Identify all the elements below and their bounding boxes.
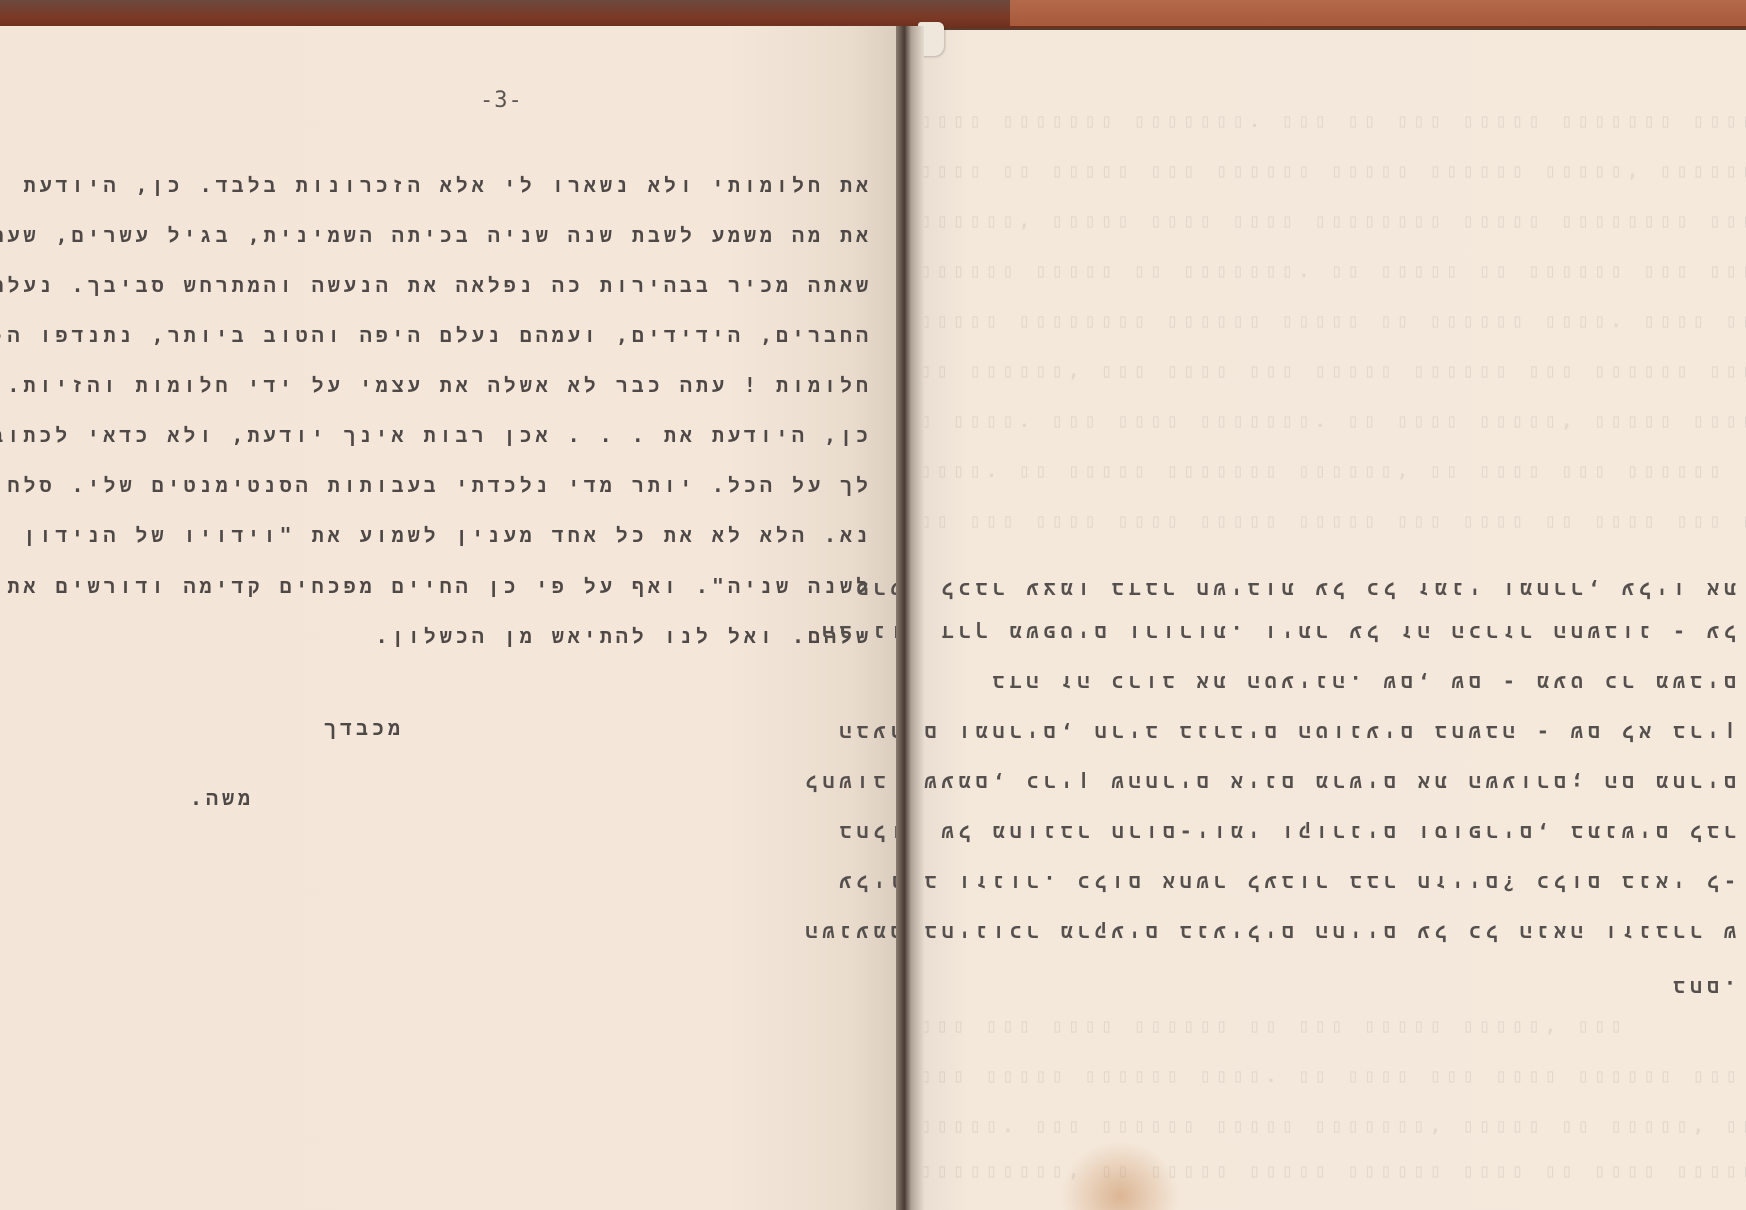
book-spine bbox=[896, 26, 924, 1210]
letter-line: את חלומותי ולא נשארו לי אלא הזכרונות בלב… bbox=[23, 173, 872, 199]
show-through-line: ▯▯▯▯▯▯, ▯▯▯▯▯ ▯▯▯▯ ▯▯▯▯ ▯▯▯▯▯▯▯▯ ▯▯▯▯▯ ▯… bbox=[920, 210, 1746, 232]
letter-line: נא. הלא לא את כל אחד מענין לשמוע את "ויד… bbox=[23, 523, 872, 549]
show-through-line: ▯▯▯ ▯▯▯ ▯▯▯▯ ▯▯▯▯▯▯ ▯▯ ▯▯▯ ▯▯▯▯▯ ▯▯▯▯▯, … bbox=[920, 1015, 1627, 1037]
letter-body: את חלומותי ולא נשארו לי אלא הזכרונות בלב… bbox=[52, 26, 872, 1210]
upside-down-line: פרק. לכבר עצמו בדבר חשיבות על כל זמני ומ… bbox=[851, 576, 1736, 602]
upside-down-line: בדה זה כרוב את הטעינה. שם, שם - מעט כר מ… bbox=[987, 669, 1736, 695]
letter-line: כן, היודעת את . . . אכן רבות אינך יודעת,… bbox=[0, 423, 872, 449]
show-through-line: ▯▯▯▯▯▯ ▯▯▯▯▯ ▯▯ ▯▯▯▯▯▯▯. ▯▯ ▯▯▯▯▯ ▯▯ ▯▯▯… bbox=[920, 260, 1746, 282]
water-stain bbox=[1060, 1140, 1180, 1210]
upside-down-line: בחם. bbox=[1668, 974, 1736, 1000]
letter-line: שאתה מכיר בבהירות כה נפלאה את הנעשה והמת… bbox=[0, 273, 872, 299]
show-through-line: ▯▯ ▯▯▯▯▯▯, ▯▯▯ ▯▯▯▯ ▯▯▯ ▯▯▯▯▯ ▯▯▯▯▯▯ ▯▯▯… bbox=[920, 360, 1746, 382]
show-through-line: ▯▯▯▯▯. ▯▯▯ ▯▯▯▯▯▯ ▯▯▯▯▯ ▯▯▯▯▯▯▯, ▯▯▯▯▯ ▯… bbox=[920, 1115, 1746, 1137]
letter-line: לשנה שניה". ואף על פי כן החיים מפכחים קד… bbox=[7, 574, 872, 600]
upside-down-line: הבינוה דרך משפטים ורורות. ויתר על זה הכר… bbox=[817, 619, 1736, 645]
show-through-line: ▯▯▯ ▯▯▯▯▯ ▯▯▯▯▯▯ ▯▯▯▯. ▯▯ ▯▯▯▯ ▯▯▯ ▯▯▯▯ … bbox=[920, 1065, 1742, 1087]
left-page: -3- את חלומותי ולא נשארו לי אלא הזכרונות… bbox=[0, 26, 905, 1210]
letter-line: שלהם. ואל לנו להתיאש מן הכשלון. bbox=[376, 624, 872, 650]
upside-down-text-block: בחם. השנעמם בחינוכר מרקעים בנעילים החיים… bbox=[918, 560, 1746, 1000]
show-through-line: ▯▯ ▯▯▯ ▯▯▯▯ ▯▯▯▯ ▯▯▯▯▯ ▯▯▯▯▯ ▯▯▯ ▯▯▯▯ ▯▯… bbox=[920, 510, 1746, 532]
show-through-line: ▯▯▯▯ ▯▯ ▯▯▯▯▯ ▯▯▯ ▯▯▯▯▯▯ ▯▯▯▯▯ ▯▯▯▯▯▯ ▯▯… bbox=[920, 160, 1746, 182]
book-cover-right-edge bbox=[1010, 0, 1746, 26]
letter-line: חלומות ! עתה כבר לא אשלה את עצמי על ידי … bbox=[7, 373, 872, 399]
upside-down-line: בחלוך של מחונבר חרום-יומי וקורנים וסופרי… bbox=[835, 819, 1736, 845]
letter-closing: מכבדך bbox=[324, 716, 404, 742]
show-through-line: ▯▯▯▯▯▯▯▯▯, ▯▯ ▯▯▯▯▯ ▯▯▯▯▯ ▯▯▯▯▯▯ ▯▯▯▯ ▯▯… bbox=[920, 1160, 1746, 1182]
letter-line: את מה משמע לשבת שנה שניה בכיתה השמינית, … bbox=[0, 223, 872, 249]
show-through-line: ▯▯▯▯▯ ▯▯▯▯▯▯▯▯ ▯▯▯▯▯▯ ▯▯▯▯▯ ▯▯ ▯▯▯▯▯▯ ▯▯… bbox=[920, 310, 1746, 332]
letter-line: לך על הכל. יותר מדי נלכדתי בעבותות הסנטי… bbox=[0, 473, 872, 499]
show-through-line: ▯▯▯▯ ▯▯▯▯▯▯▯ ▯▯▯▯▯▯▯. ▯▯▯ ▯▯ ▯▯▯ ▯▯▯▯▯ ▯… bbox=[920, 110, 1746, 132]
letter-signature: משה. bbox=[190, 786, 254, 812]
letter-line: החברים, הידידים, ועמהם נעלם היפה והטוב ב… bbox=[0, 323, 872, 349]
upside-down-line: לחשוב משעמם, כרין שהחרים אינם מרשים את ה… bbox=[800, 769, 1736, 795]
show-through-line: ▯▯▯▯. ▯▯ ▯▯▯▯▯ ▯▯▯▯▯▯▯ ▯▯▯▯▯▯, ▯▯ ▯▯▯▯ ▯… bbox=[920, 460, 1726, 482]
show-through-line: ▯ ▯▯▯▯. ▯▯▯ ▯▯▯▯ ▯▯▯▯▯▯▯. ▯▯ ▯▯▯▯ ▯▯▯▯▯,… bbox=[920, 410, 1746, 432]
upside-down-line: השנעמם בחינוכר מרקעים בנעילים החיים על כ… bbox=[801, 919, 1736, 945]
upside-down-line: עלינוב וזנור. כלום אחשר לעבור בבר חזיים?… bbox=[834, 869, 1736, 895]
upside-down-line: הבערום ומחרים, חריב בנרבים הטונעים בחשבה… bbox=[834, 719, 1736, 745]
